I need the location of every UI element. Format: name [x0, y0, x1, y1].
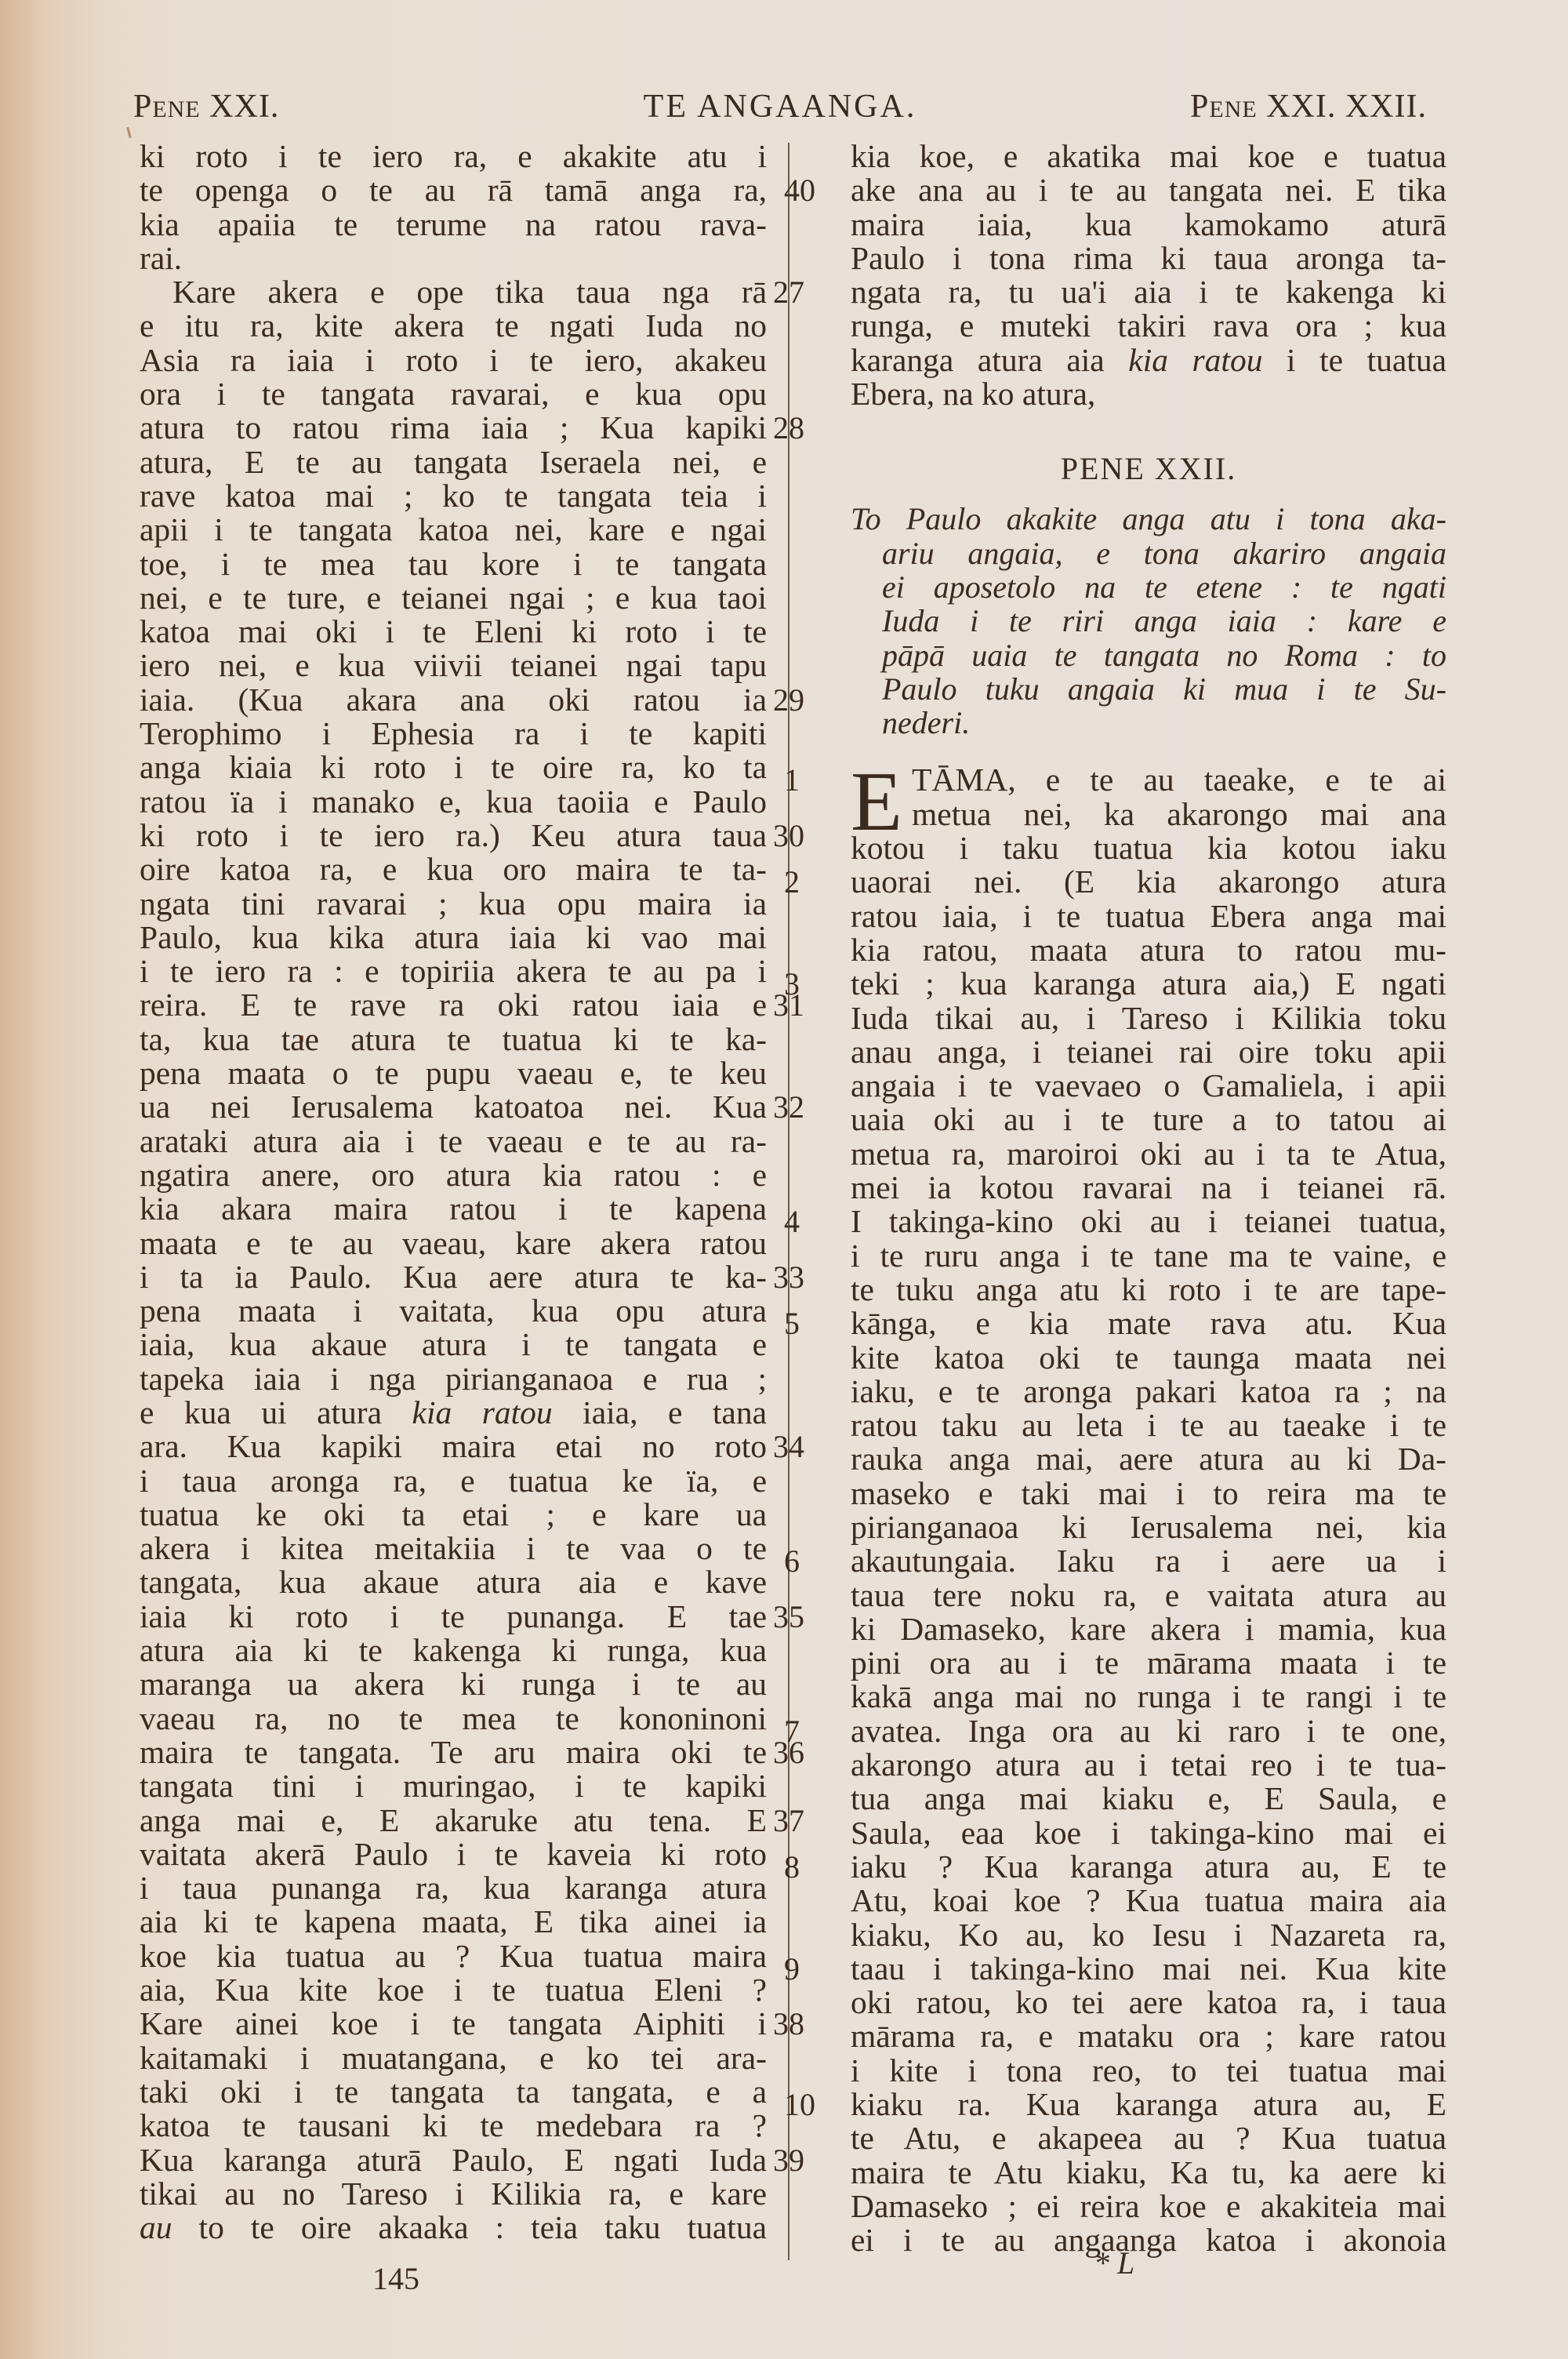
text-line: Iuda tikai au, i Tareso i Kilikia toku	[851, 1001, 1446, 1035]
verse-number: 30	[773, 819, 804, 852]
verse-number: 1	[784, 763, 840, 797]
verse-number: 32	[773, 1090, 804, 1124]
text-line: tua anga mai kiaku e, E Saula, e	[851, 1782, 1446, 1816]
verse-number: 3	[784, 967, 840, 1001]
text-line: taau i takinga-kino mai nei. Kua kite9	[851, 1952, 1446, 1986]
text-line: kānga, e kia mate rava atu. Kua5	[851, 1307, 1446, 1340]
verse-number: 35	[773, 1600, 804, 1634]
summary-line: Iuda i te riri anga iaia : kare e	[851, 604, 1446, 638]
verse-number: 28	[773, 411, 804, 445]
text-line: kiaku ra. Kua karanga atura au, E10	[851, 2088, 1446, 2121]
verse-number: 40	[784, 173, 840, 207]
text-line: akautungaia. Iaku ra i aere ua i6	[851, 1544, 1446, 1578]
text-line: iero nei, e kua viivii teianei ngai tapu	[140, 649, 767, 682]
text-line: Atu, koai koe ? Kua tuatua maira aia	[851, 1884, 1446, 1917]
verse-number: 38	[773, 2007, 804, 2041]
summary-line: Paulo tuku angaia ki mua i te Su-	[851, 672, 1446, 706]
verse-number: 4	[784, 1205, 840, 1238]
text-line: toe, i te mea tau kore i te tangata	[140, 547, 767, 581]
italic-text: kia ratou	[1128, 342, 1262, 378]
text-line: ua nei Ierusalema katoatoa nei. Kua32	[140, 1090, 767, 1124]
text-line: maira iaia, kua kamokamo aturā	[851, 208, 1446, 242]
text-line: anau anga, i teianei rai oire toku apii	[851, 1035, 1446, 1069]
text-line: i te ruru anga i te tane ma te vaine, e	[851, 1239, 1446, 1273]
text-line: iaku ? Kua karanga atura au, E te8	[851, 1850, 1446, 1884]
text-line: Asia ra iaia i roto i te iero, akakeu	[140, 343, 767, 377]
text-line: katoa mai oki i te Eleni ki roto i te	[140, 615, 767, 649]
text-line: Ebera, na ko atura,	[851, 377, 1446, 411]
text-line: ratou ïa i manako e, kua taoiia e Paulo	[140, 785, 767, 819]
text-line: Kua karanga aturā Paulo, E ngati Iuda39	[140, 2143, 767, 2177]
dropcap-block: E TĀMA, e te au taeake, e te ai1metua ne…	[851, 763, 1446, 831]
left-column: ki roto i te iero ra, e akakite atu ite …	[140, 140, 767, 2245]
text-line: tapeka iaia i nga pirianganaoa e rua ;	[140, 1362, 767, 1396]
text-line: maira te Atu kiaku, Ka tu, ka aere ki	[851, 2156, 1446, 2190]
text-line: maseko e taki mai i to reira ma te	[851, 1477, 1446, 1510]
text-line: katoa te tausani ki te medebara ra ?	[140, 2109, 767, 2143]
verse-number: 6	[784, 1544, 840, 1578]
page-number: 145	[0, 2260, 792, 2297]
verse-number: 37	[773, 1804, 804, 1837]
verse-number: 33	[773, 1260, 804, 1294]
summary-line: To Paulo akakite anga atu i tona aka-	[851, 502, 1446, 536]
text-line: rauka anga mai, aere atura au ki Da-	[851, 1442, 1446, 1476]
text-line: mei ia kotou ravarai na i teianei rā.	[851, 1171, 1446, 1205]
text-line: i ta ia Paulo. Kua aere atura te ka-33	[140, 1260, 767, 1294]
text-line: ei i te au angaanga katoa i akonoia	[851, 2223, 1446, 2257]
verse-number: 34	[773, 1430, 804, 1463]
verse-number: 29	[773, 683, 804, 717]
verse-number: 8	[784, 1850, 840, 1884]
text-line: e itu ra, kite akera te ngati Iuda no	[140, 309, 767, 343]
text-line: Terophimo i Ephesia ra i te kapiti	[140, 717, 767, 751]
text-line: uaia oki au i te ture a to tatou ai	[851, 1103, 1446, 1136]
text-line: ara. Kua kapiki maira etai no roto34	[140, 1430, 767, 1463]
text-line: atura to ratou rima iaia ; Kua kapiki28	[140, 411, 767, 445]
text-line: atura, E te au tangata Iseraela nei, e	[140, 445, 767, 479]
text-line: tangata, kua akaue atura aia e kave	[140, 1565, 767, 1599]
text-line: runga, e muteki takiri rava ora ; kua	[851, 309, 1446, 343]
italic-text: au	[140, 2209, 172, 2245]
text-line: I takinga-kino oki au i teianei tuatua,4	[851, 1205, 1446, 1238]
summary-line: ei aposetolo na te etene : te ngati	[851, 570, 1446, 604]
text-line: pini ora au i te mārama maata i te	[851, 1646, 1446, 1680]
text-line: metua nei, ka akarongo mai ana	[851, 798, 1446, 831]
text-line: Saula, eaa koe i takinga-kino mai ei	[851, 1816, 1446, 1850]
text-line: tikai au no Tareso i Kilikia ra, e kare	[140, 2177, 767, 2211]
text-line: nei, e te ture, e teianei ngai ; e kua t…	[140, 581, 767, 615]
summary-line: ariu angaia, e tona akariro angaia	[851, 536, 1446, 570]
verse-number: 39	[773, 2143, 804, 2177]
chapter-heading: PENE XXII.	[851, 452, 1446, 493]
text-line: vaeau ra, no te mea te kononinoni	[140, 1702, 767, 1736]
text-line: i te iero ra : e topiriia akera te au pa…	[140, 954, 767, 988]
summary-line: nederi.	[851, 706, 1446, 740]
text-line: taua tere noku ra, e vaitata atura au	[851, 1579, 1446, 1612]
verse-number: 10	[784, 2088, 840, 2121]
text-line: pirianganaoa ki Ierusalema nei, kia	[851, 1510, 1446, 1544]
text-line: ki roto i te iero ra.) Keu atura taua30	[140, 819, 767, 852]
text-line: te Atu, e akapeea au ? Kua tuatua	[851, 2121, 1446, 2155]
text-line: ngata tini ravarai ; kua opu maira ia	[140, 887, 767, 921]
text-line: e kua ui atura kia ratou iaia, e tana	[140, 1396, 767, 1430]
text-line: rave katoa mai ; ko te tangata teia i	[140, 479, 767, 513]
text-line: kia koe, e akatika mai koe e tuatua	[851, 140, 1446, 173]
text-line: maata e te au vaeau, kare akera ratou	[140, 1227, 767, 1260]
text-line: teki ; kua karanga atura aia,) E ngati3	[851, 967, 1446, 1001]
text-line: kia apaiia te terume na ratou rava-	[140, 208, 767, 242]
text-line: kotou i taku tuatua kia kotou iaku	[851, 831, 1446, 865]
book-page: PENE XXI. TE ANGAANGA. PENE XXI. XXII. k…	[0, 0, 1568, 2359]
text-line: iaia ki roto i te punanga. E tae35	[140, 1600, 767, 1634]
text-line: tangata tini i muringao, i te kapiki	[140, 1769, 767, 1803]
text-line: vaitata akerā Paulo i te kaveia ki roto	[140, 1837, 767, 1871]
text-line: akera i kitea meitakiia i te vaa o te	[140, 1532, 767, 1565]
text-line: Paulo, kua kika atura iaia ki vao mai	[140, 921, 767, 954]
text-line: anga mai e, E akaruke atu tena. E37	[140, 1804, 767, 1837]
text-line: ake ana au i te au tangata nei. E tika40	[851, 173, 1446, 207]
text-line: Kare ainei koe i te tangata Aiphiti i38	[140, 2007, 767, 2041]
text-line: mārama ra, e mataku ora ; kare ratou	[851, 2019, 1446, 2053]
text-line: oire katoa ra, e kua oro maira te ta-	[140, 852, 767, 886]
text-line: koe kia tuatua au ? Kua tuatua maira	[140, 1939, 767, 1973]
text-line: ki roto i te iero ra, e akakite atu i	[140, 140, 767, 173]
italic-text: kia ratou	[412, 1394, 553, 1430]
verse-number: 5	[784, 1307, 840, 1340]
text-line: uaorai nei. (E kia akarongo atura2	[851, 865, 1446, 899]
text-line: i kite i tona reo, to tei tuatua mai	[851, 2054, 1446, 2088]
text-line: i taua punanga ra, kua karanga atura	[140, 1871, 767, 1905]
text-line: ngata ra, tu ua'i aia i te kakenga ki	[851, 275, 1446, 309]
text-line: kia ratou, maata atura to ratou mu-	[851, 933, 1446, 967]
text-line: oki ratou, ko tei aere katoa ra, i taua	[851, 1986, 1446, 2019]
summary-line: pāpā uaia te tangata no Roma : to	[851, 638, 1446, 672]
text-line: pena maata i vaitata, kua opu atura	[140, 1294, 767, 1328]
text-line: apii i te tangata katoa nei, kare e ngai	[140, 513, 767, 547]
text-line: atura aia ki te kakenga ki runga, kua	[140, 1634, 767, 1667]
text-line: kia akara maira ratou i te kapena	[140, 1192, 767, 1226]
text-line: ratou iaia, i te tuatua Ebera anga mai	[851, 900, 1446, 933]
text-line: karanga atura aia kia ratou i te tuatua	[851, 343, 1446, 377]
text-line: arataki atura aia i te vaeau e te au ra-	[140, 1125, 767, 1158]
text-line: avatea. Inga ora au ki raro i te one,7	[851, 1714, 1446, 1748]
text-line: metua ra, maroiroi oki au i ta te Atua,	[851, 1137, 1446, 1171]
verse-number: 7	[784, 1714, 840, 1748]
text-line: Damaseko ; ei reira koe e akakiteia mai	[851, 2190, 1446, 2223]
right-column: kia koe, e akatika mai koe e tuatuaake a…	[851, 140, 1446, 2258]
text-line: te openga o te au rā tamā anga ra,	[140, 173, 767, 207]
text-line: ora i te tangata ravarai, e kua opu	[140, 377, 767, 411]
text-line: kakā anga mai no runga i te rangi i te	[851, 1680, 1446, 1714]
printer-signature: * L	[1094, 2245, 1134, 2281]
text-line: reira. E te rave ra oki ratou iaia e31	[140, 988, 767, 1022]
text-line: ngatira anere, oro atura kia ratou : e	[140, 1158, 767, 1192]
text-line: Kare akera e ope tika taua nga rā27	[140, 275, 767, 309]
running-head-right: PENE XXI. XXII.	[1190, 88, 1427, 125]
chapter-summary: To Paulo akakite anga atu i tona aka-ari…	[851, 502, 1446, 740]
text-line: tuatua ke oki ta etai ; e kare ua	[140, 1498, 767, 1532]
text-line: ta, kua tae atura te tuatua ki te ka-	[140, 1023, 767, 1056]
text-line: i taua aronga ra, e tuatua ke ïa, e	[140, 1464, 767, 1498]
text-line: kite katoa oki te taunga maata nei	[851, 1341, 1446, 1375]
text-line: ratou taku au leta i te au taeake i te	[851, 1408, 1446, 1442]
text-line: kiaku, Ko au, ko Iesu i Nazareta ra,	[851, 1918, 1446, 1952]
text-line: aia, Kua kite koe i te tuatua Eleni ?	[140, 1973, 767, 2007]
text-line: iaku, e te aronga pakari katoa ra ; na	[851, 1375, 1446, 1408]
text-line: te tuku anga atu ki roto i te are tape-	[851, 1273, 1446, 1307]
text-line: au to te oire akaaka : teia taku tuatua	[140, 2211, 767, 2245]
text-line: anga kiaia ki roto i te oire ra, ko ta	[140, 751, 767, 784]
text-line: maira te tangata. Te aru maira oki te36	[140, 1736, 767, 1769]
verse-number: 27	[773, 275, 804, 309]
verse-number: 2	[784, 865, 840, 899]
text-line: rai.	[140, 242, 767, 275]
right-column-text: kotou i taku tuatua kia kotou iakuuaorai…	[851, 831, 1446, 2257]
text-line: iaia. (Kua akara ana oki ratou ia29	[140, 683, 767, 717]
text-line: ki Damaseko, kare akera i mamia, kua	[851, 1612, 1446, 1646]
text-line: maranga ua akera ki runga i te au	[140, 1667, 767, 1701]
text-line: taki oki i te tangata ta tangata, e a	[140, 2075, 767, 2109]
text-line: aia ki te kapena maata, E tika ainei ia	[140, 1905, 767, 1939]
right-column-continuation: kia koe, e akatika mai koe e tuatuaake a…	[851, 140, 1446, 411]
running-head: PENE XXI. TE ANGAANGA. PENE XXI. XXII.	[133, 88, 1427, 135]
text-line: Paulo i tona rima ki taua aronga ta-	[851, 242, 1446, 275]
verse-number: 9	[784, 1952, 840, 1986]
text-line: TĀMA, e te au taeake, e te ai1	[851, 763, 1446, 797]
text-line: angaia i te vaevaeo o Gamaliela, i apii	[851, 1069, 1446, 1103]
ink-mark	[126, 127, 132, 138]
text-line: iaia, kua akaue atura i te tangata e	[140, 1328, 767, 1361]
text-line: pena maata o te pupu vaeau e, te keu	[140, 1056, 767, 1090]
text-line: kaitamaki i muatangana, e ko tei ara-	[140, 2041, 767, 2075]
text-line: akarongo atura au i tetai reo i te tua-	[851, 1748, 1446, 1782]
column-divider	[788, 143, 789, 2260]
